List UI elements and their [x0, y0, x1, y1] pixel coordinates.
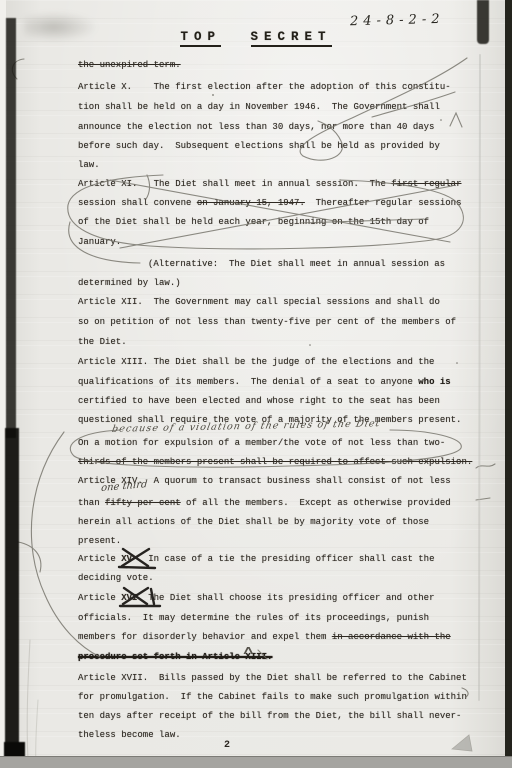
typed-line: Article XV In case of a tie the presidin…: [78, 553, 434, 565]
document-body: the unexpired term.Article X. The first …: [0, 0, 512, 768]
typed-line: deciding vote.: [78, 572, 154, 584]
typed-line: January.: [78, 236, 121, 248]
typed-line: ten days after receipt of the bill from …: [78, 710, 461, 722]
typed-line: the unexpired term.: [78, 59, 181, 71]
typed-line: before such day. Subsequent elections sh…: [78, 140, 440, 152]
typed-line: members for disorderly behavior and expe…: [78, 631, 451, 643]
typed-line: officials. It may determine the rules of…: [78, 612, 429, 624]
typed-line: theless become law.: [78, 729, 181, 741]
typed-line: Article XVII. Bills passed by the Diet s…: [78, 672, 467, 684]
typed-line: certified to have been elected and whose…: [78, 395, 440, 407]
classification-word-secret: SECRET: [251, 30, 332, 47]
typed-line: law.: [78, 159, 100, 171]
typed-line: determined by law.): [78, 277, 181, 289]
typed-line: tion shall be held on a day in November …: [78, 101, 440, 113]
typed-line: present.: [78, 535, 121, 547]
typed-line: (Alternative: The Diet shall meet in ann…: [148, 258, 445, 270]
page-number: 2: [224, 740, 230, 751]
typed-line: Article X. The first election after the …: [78, 81, 451, 93]
typed-line: announce the election not less than 30 d…: [78, 121, 434, 133]
typed-line: for promulgation. If the Cabinet fails t…: [78, 691, 467, 703]
typed-line: qualifications of its members. The denia…: [78, 376, 451, 388]
typed-line: of the Diet shall be held each year, beg…: [78, 216, 429, 228]
typed-line: On a motion for expulsion of a member/th…: [78, 437, 445, 449]
classification-header: TOP SECRET: [0, 30, 512, 44]
typed-line: Article XVI The Diet shall choose its pr…: [78, 592, 434, 604]
typed-line: the Diet.: [78, 336, 127, 348]
typed-line: than fifty per cent of all the members. …: [78, 497, 451, 509]
typed-line: Article XII. The Government may call spe…: [78, 296, 440, 308]
typed-line: Article XI. The Diet shall meet in annua…: [78, 178, 461, 190]
handwritten-reference-number: 24-8-2-2: [350, 12, 445, 29]
typed-line: herein all actions of the Diet shall be …: [78, 516, 429, 528]
typed-line: Article XIII. The Diet shall be the judg…: [78, 356, 434, 368]
classification-word-top: TOP: [180, 30, 221, 47]
typed-line: session shall convene on January 15, 194…: [78, 197, 462, 209]
handwritten-caret-mark: ∧: [241, 643, 256, 657]
typed-line: thirds of the members present shall be r…: [78, 456, 472, 468]
typed-line: so on petition of not less than twenty-f…: [78, 316, 456, 328]
